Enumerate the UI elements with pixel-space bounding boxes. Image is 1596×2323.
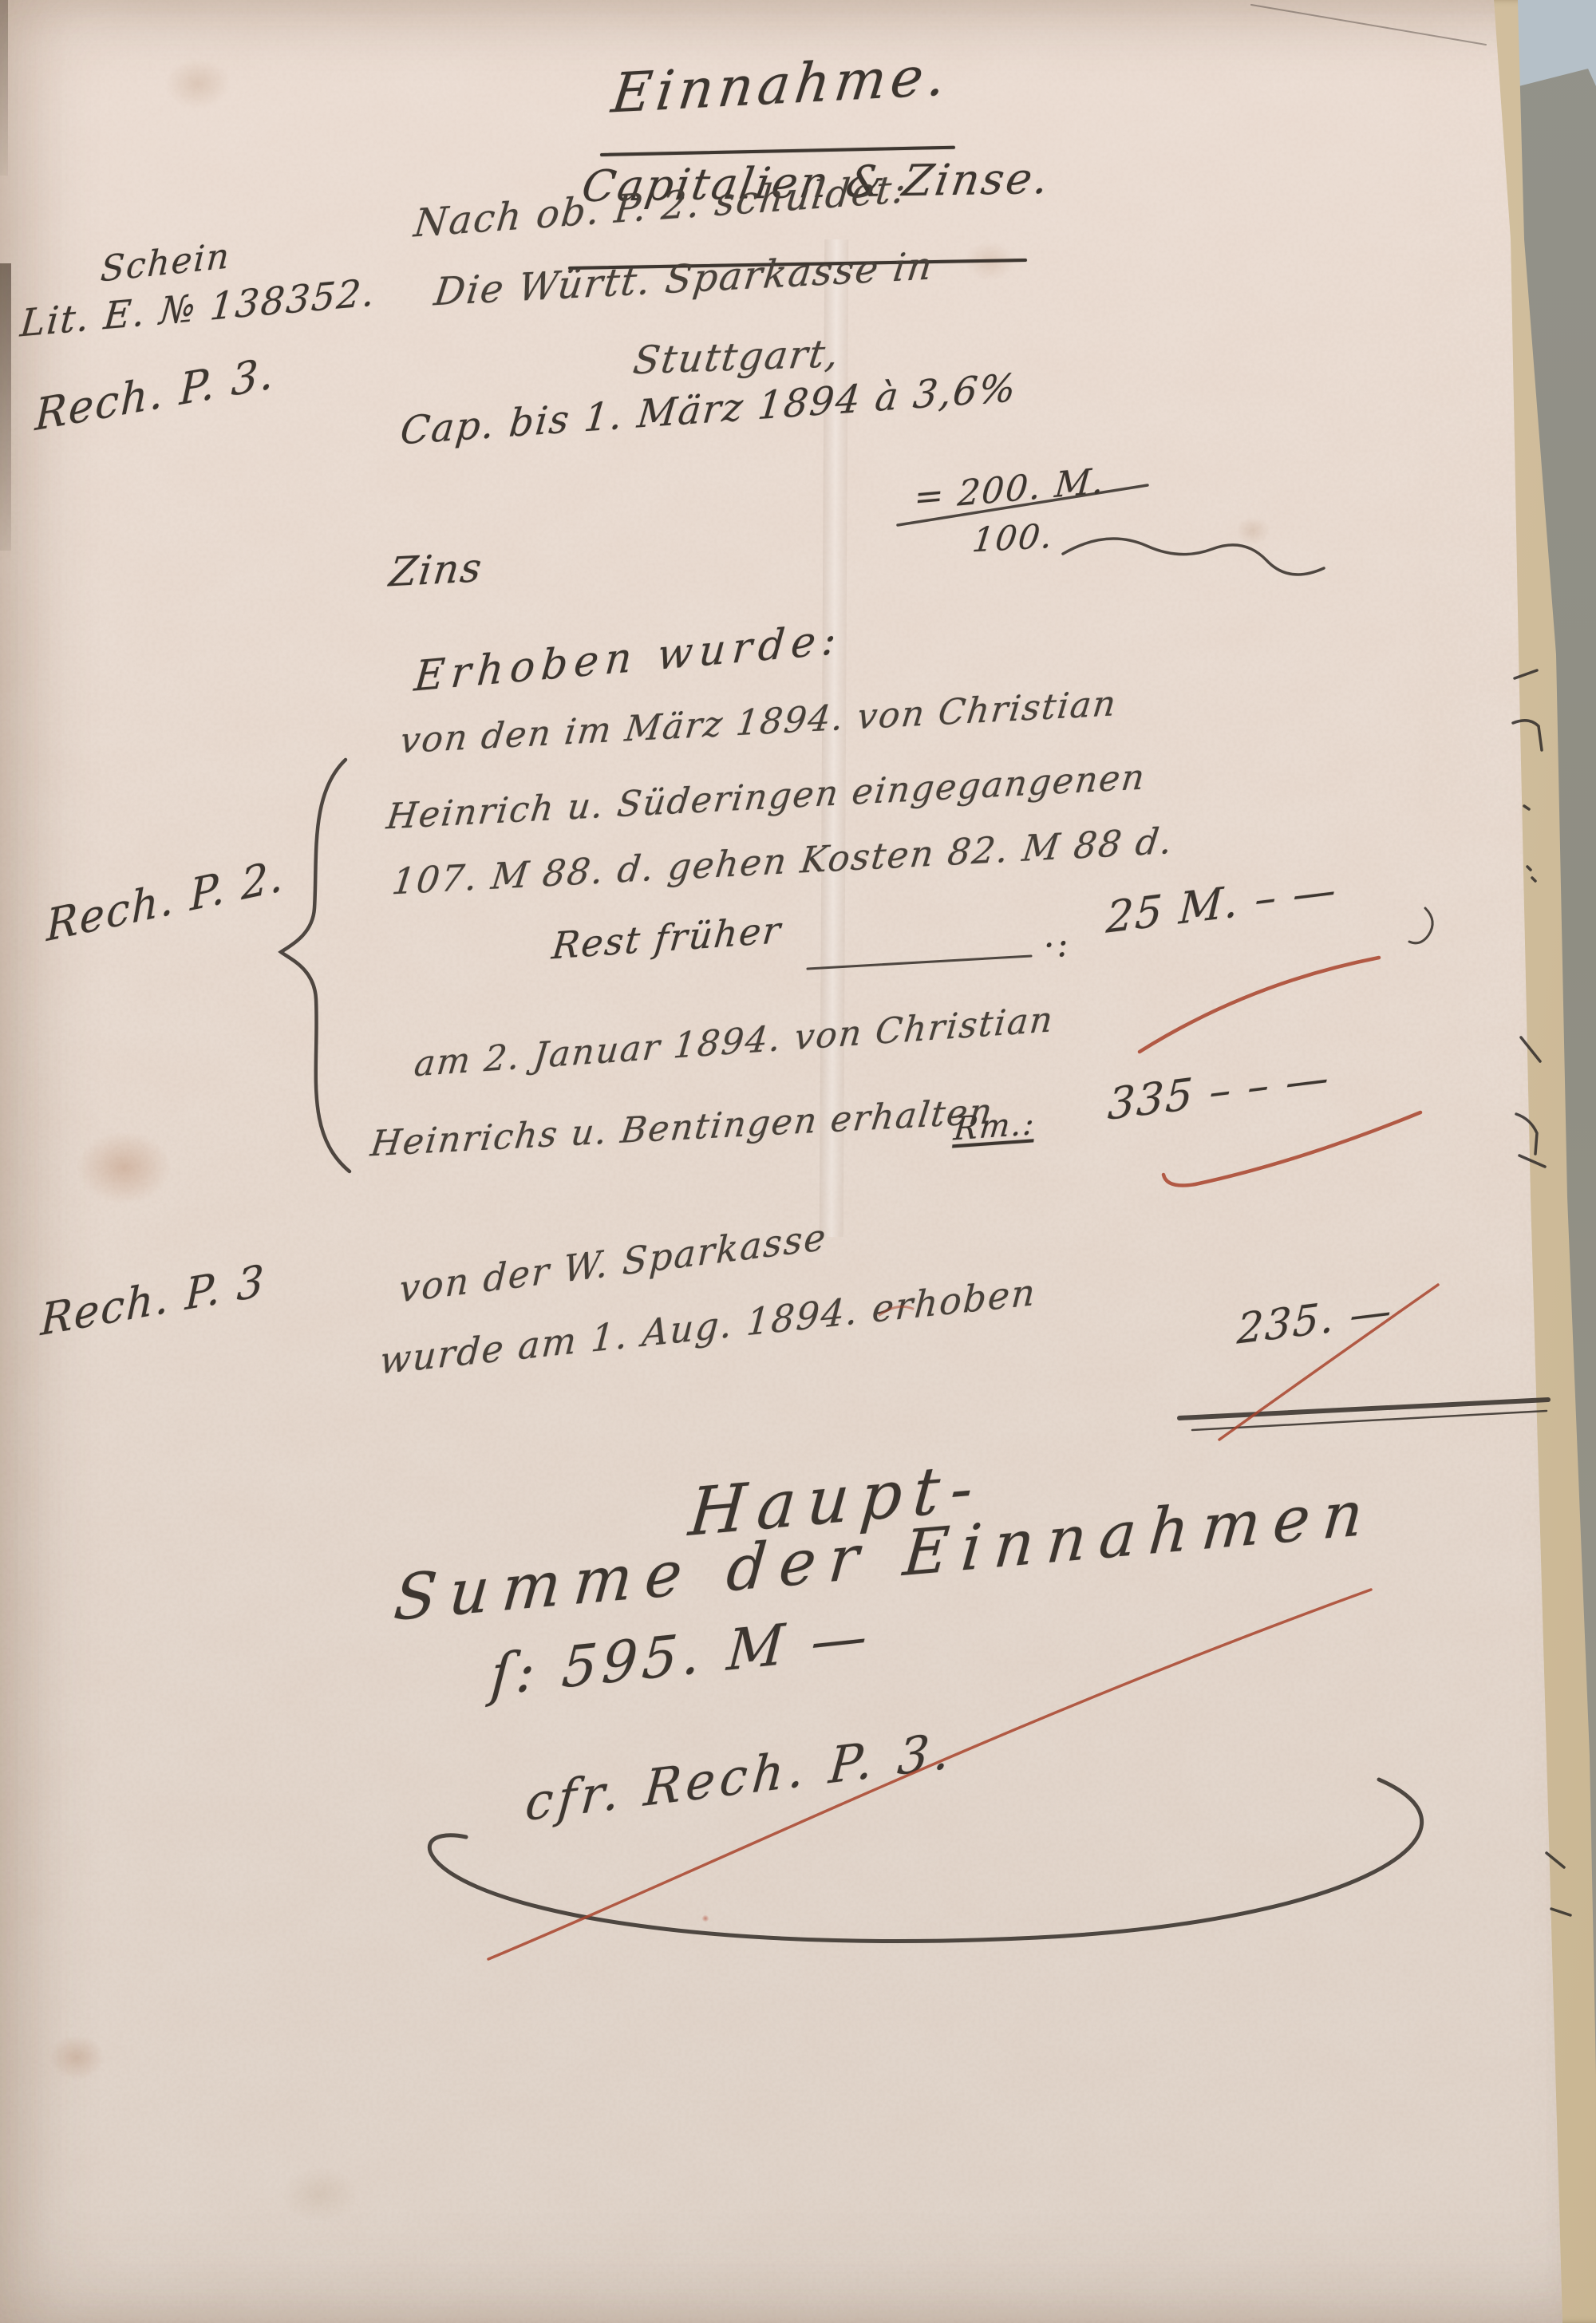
- document-photo: Schein Lit. E. № 138352. Rech. P. 3. Rec…: [0, 0, 1596, 2323]
- amount-335: 335 – – —: [1107, 1052, 1332, 1130]
- rest-colon-mark: ·:: [1042, 924, 1071, 966]
- ledger-page: Schein Lit. E. № 138352. Rech. P. 3. Rec…: [0, 0, 1596, 2323]
- erhoben-heading: Erhoben wurde:: [413, 615, 844, 701]
- entry1-line-1: von den im März 1894. von Christian: [398, 683, 1120, 761]
- stain: [150, 48, 246, 120]
- amount-200-struck: = 200. M.: [912, 460, 1106, 518]
- zins-label: Zins: [387, 544, 486, 596]
- rest-frueher-label: Rest früher: [550, 908, 784, 968]
- stain: [1229, 511, 1277, 551]
- title-underline: [600, 146, 955, 156]
- entry2-line-2: Heinrichs u. Bentingen erhalten: [369, 1091, 996, 1164]
- margin-rech-p2: Rech. P. 2.: [46, 850, 285, 952]
- entry1-line-2: Heinrich u. Süderingen eingegangenen: [385, 757, 1148, 837]
- entry1-line-3: 107. M 88. d. gehen Kosten 82. M 88 d.: [389, 820, 1175, 903]
- entry3-line-1: von der W. Sparkasse: [398, 1215, 828, 1311]
- intro-line-2: Die Württ. Sparkasse in: [432, 243, 936, 314]
- margin-rech-p3-top: Rech. P. 3.: [34, 347, 276, 441]
- stain: [37, 2025, 117, 2089]
- stain: [56, 1116, 192, 1219]
- intro-line-3: Stuttgart,: [630, 331, 843, 383]
- amount-25m: 25 M. – —: [1105, 863, 1339, 942]
- amount-100: 100.: [970, 516, 1056, 560]
- margin-lit-number: Lit. E. № 138352.: [18, 271, 377, 346]
- cfr-reference: cfr. Rech. P. 3.: [523, 1721, 957, 1832]
- page-title: Einnahme.: [608, 45, 954, 126]
- stain: [263, 2155, 375, 2234]
- amount-235: 235. —: [1236, 1286, 1394, 1354]
- margin-rech-p3-mid: Rech. P. 3: [40, 1254, 267, 1345]
- photo-edge-shadow: [0, 263, 11, 551]
- photo-edge-shadow: [0, 0, 8, 176]
- entry2-line-1: am 2. Januar 1894. von Christian: [413, 999, 1057, 1085]
- margin-schein: Schein: [99, 235, 231, 290]
- red-speck: [701, 1914, 710, 1923]
- rm-abbrev: Rm.:: [952, 1105, 1037, 1148]
